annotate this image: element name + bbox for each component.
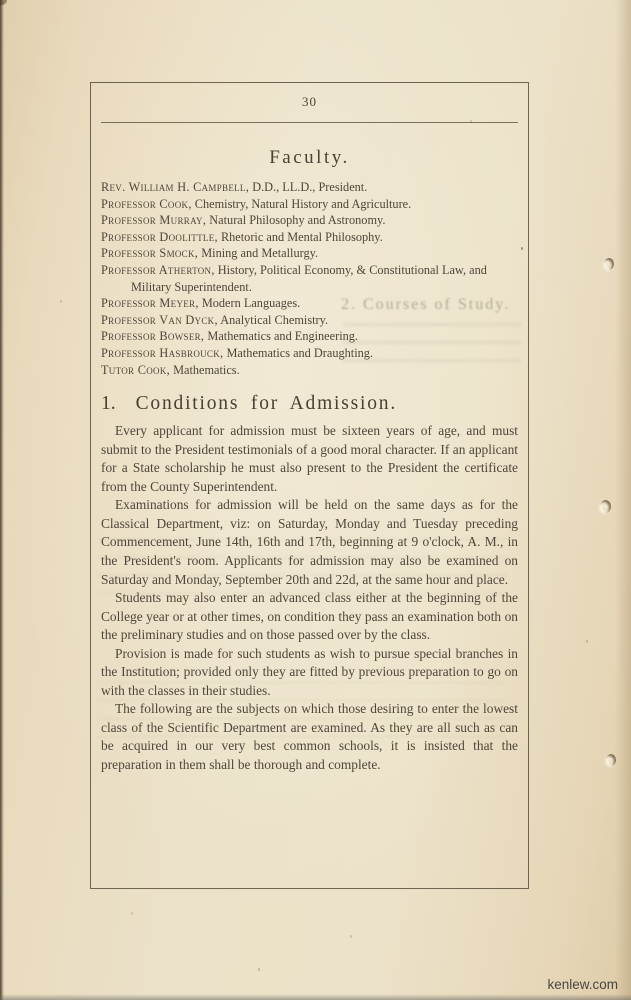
member-name: Professor Atherton,	[101, 263, 215, 277]
member-name: Professor Hasbrouck,	[101, 346, 223, 360]
section-number: 1.	[101, 393, 116, 414]
member-name: Professor Van Dyck,	[101, 313, 218, 327]
member-name: Rev. William H. Campbell,	[101, 180, 249, 194]
member-name: Professor Murray,	[101, 213, 206, 227]
faculty-member: Professor Doolittle, Rhetoric and Mental…	[101, 229, 518, 246]
member-detail: Modern Languages.	[202, 296, 300, 310]
member-detail: Chemistry, Natural History and Agricultu…	[195, 197, 411, 211]
printed-border-frame: 30 Faculty. Rev. William H. Campbell, D.…	[90, 82, 529, 889]
section-heading: 1.Conditions for Admission.	[101, 393, 518, 415]
paragraph: Every applicant for admission must be si…	[101, 422, 518, 496]
section-title: Conditions for Admission.	[136, 393, 397, 414]
faculty-member: Professor Smock, Mining and Metallurgy.	[101, 245, 518, 262]
member-name: Professor Cook,	[101, 197, 192, 211]
binding-hole	[606, 754, 616, 766]
member-name: Tutor Cook,	[101, 363, 170, 377]
member-name: Professor Doolittle,	[101, 230, 218, 244]
showthrough-smudge	[97, 538, 507, 596]
scanned-catalog-page: 30 Faculty. Rev. William H. Campbell, D.…	[0, 0, 631, 1000]
faculty-member: Professor Murray, Natural Philosophy and…	[101, 212, 518, 229]
member-detail: Mining and Metallurgy.	[201, 246, 318, 260]
faculty-member: Professor Cook, Chemistry, Natural Histo…	[101, 196, 518, 213]
page-left-edge-shadow	[0, 0, 4, 1000]
showthrough-smudge	[343, 323, 521, 373]
faculty-member: Professor Atherton, History, Political E…	[101, 262, 518, 295]
header-rule	[101, 122, 518, 123]
member-detail: Analytical Chemistry.	[220, 313, 328, 327]
paragraph: Students may also enter an advanced clas…	[101, 589, 518, 645]
binding-hole	[604, 258, 614, 270]
member-detail: Mathematics and Engineering.	[207, 329, 358, 343]
showthrough-ghost-text: 2. Courses of Study.	[341, 296, 526, 314]
member-detail: Rhetoric and Mental Philosophy.	[221, 230, 383, 244]
binding-hole	[600, 500, 611, 513]
watermark: kenlew.com	[547, 977, 618, 992]
corner-mark	[0, 0, 7, 5]
member-name: Professor Bowser,	[101, 329, 204, 343]
faculty-member: Rev. William H. Campbell, D.D., LL.D., P…	[101, 179, 518, 196]
page-bottom-edge-shadow	[0, 994, 631, 1000]
member-name: Professor Meyer,	[101, 296, 199, 310]
member-detail: D.D., LL.D., President.	[252, 180, 367, 194]
page-number: 30	[101, 94, 518, 110]
showthrough-smudge	[97, 681, 505, 751]
member-detail: Natural Philosophy and Astronomy.	[209, 213, 385, 227]
page-right-edge-shadow	[615, 0, 631, 1000]
faculty-heading: Faculty.	[101, 147, 518, 169]
member-name: Professor Smock,	[101, 246, 198, 260]
member-detail: Mathematics.	[173, 363, 240, 377]
